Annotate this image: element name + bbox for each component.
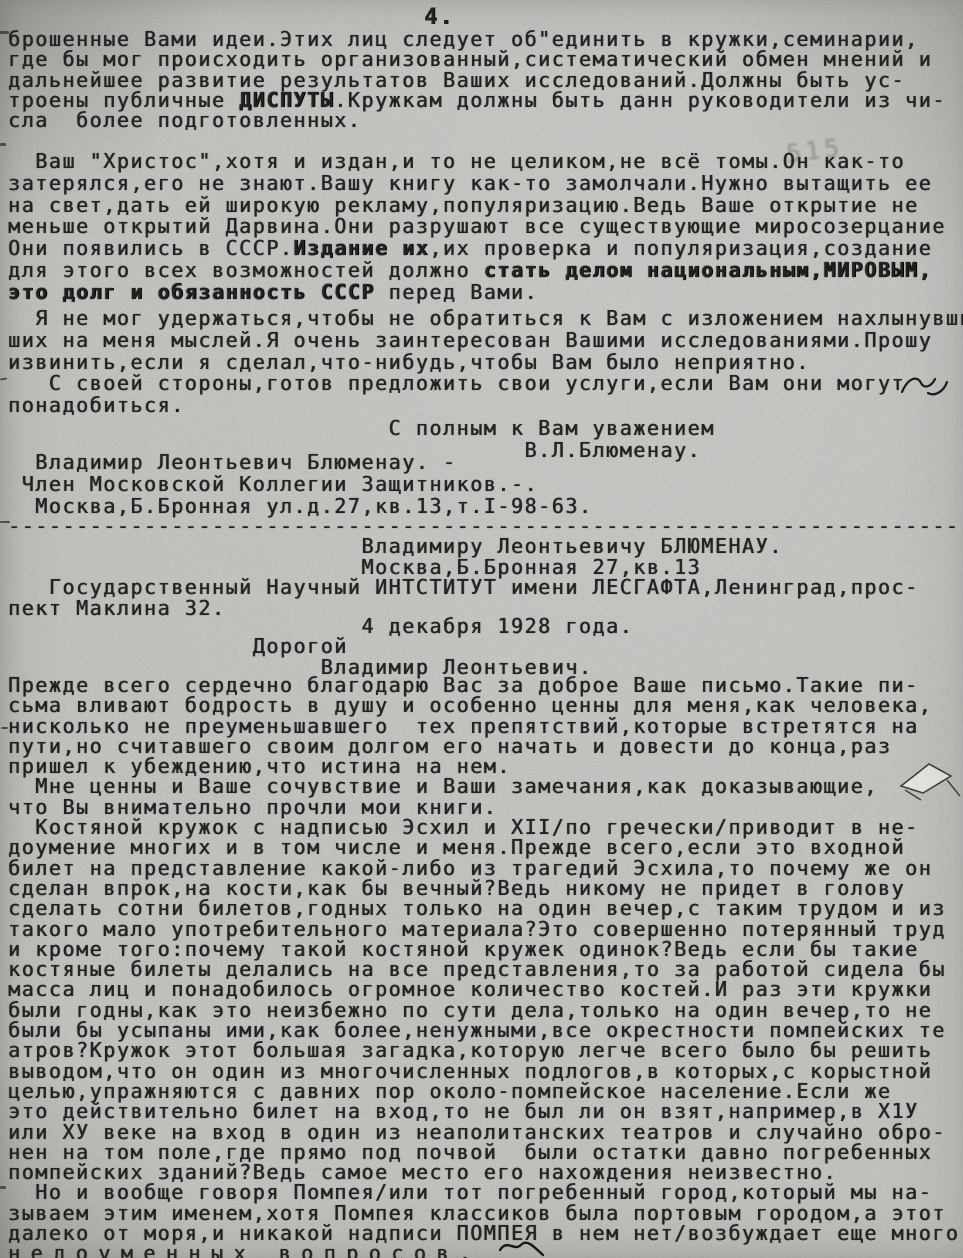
letter2-last-line: недоуменных вопросов. xyxy=(8,1243,481,1258)
letter2-salutation: Дорогой Владимир Леонтьевич. xyxy=(8,636,592,677)
scanned-letter-page: 4. 515 брошенные Вами идеи.Этих лиц след… xyxy=(0,0,963,1258)
letter1-sender-address: Владимир Леонтьевич Блюменау. - Член Мос… xyxy=(8,452,592,517)
letter2-body: Прежде всего сердечно благодарю Вас за д… xyxy=(8,675,959,1243)
margin-dash-mark xyxy=(0,521,10,523)
letter1-paragraph-apology: Я не мог удержаться,чтобы не обратиться … xyxy=(8,308,963,417)
handwritten-flourish xyxy=(496,1236,548,1258)
margin-dash-mark xyxy=(0,143,6,146)
paper-tear xyxy=(893,760,963,808)
handwritten-squiggle xyxy=(898,372,956,400)
margin-dash-mark xyxy=(0,31,9,34)
margin-dash-mark xyxy=(0,378,7,381)
letter1-paragraph-christos: Ваш "Христос",хотя и издан,и то не целик… xyxy=(8,151,946,304)
letter1-paragraph-circles: брошенные Вами идеи.Этих лиц следует об"… xyxy=(8,29,946,130)
margin-dash-mark xyxy=(0,1186,6,1189)
letter2-recipient-address: Владимиру Леонтьевичу БЛЮМЕНАУ. Москва,Б… xyxy=(8,536,919,618)
margin-dash-mark xyxy=(1,727,8,729)
